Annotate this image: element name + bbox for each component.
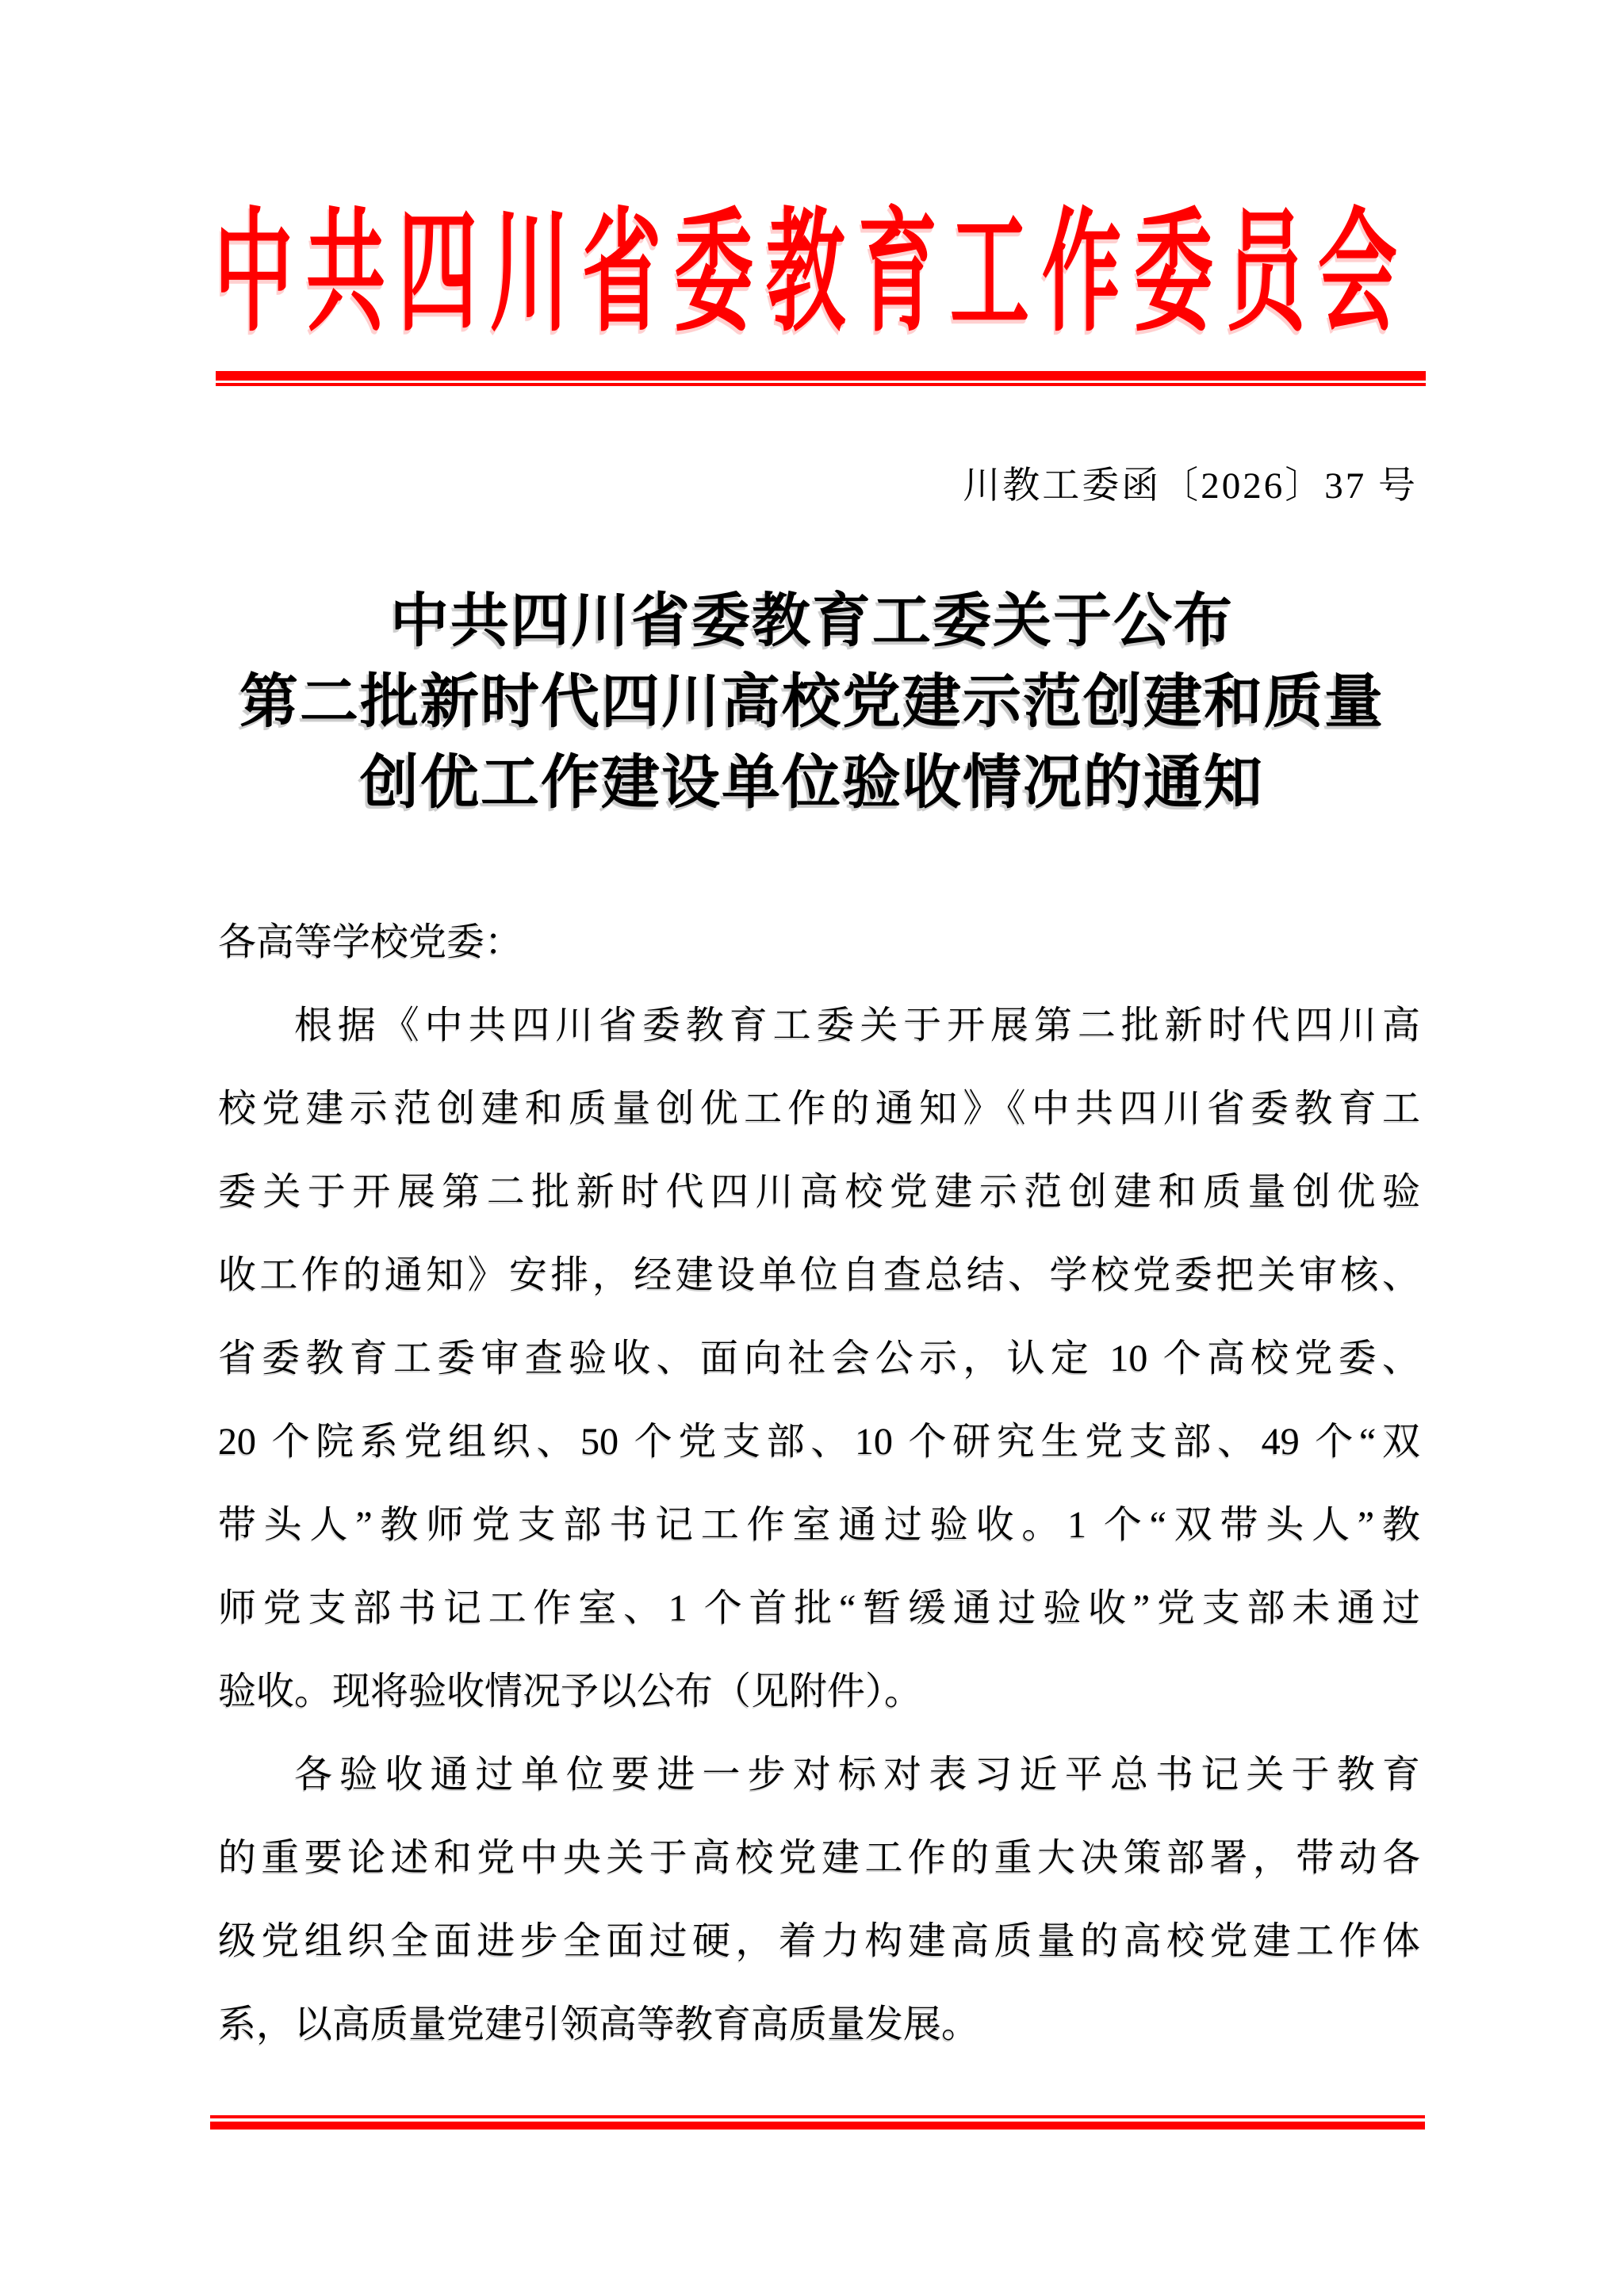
body-line: 委关于开展第二批新时代四川高校党建示范创建和质量创优验 <box>218 1150 1420 1234</box>
footer-rule <box>210 2115 1425 2130</box>
letterhead-rule-thick-line <box>216 371 1426 381</box>
footer-rule-thick-line <box>210 2122 1425 2130</box>
body-line: 带头人”教师党支部书记工作室通过验收。1 个“双带头人”教 <box>218 1483 1420 1567</box>
letterhead-org-title: 中共四川省委教育工作委员会 <box>214 208 1410 341</box>
body-line: 省委教育工委审查验收、面向社会公示，认定 10 个高校党委、 <box>218 1317 1420 1400</box>
body-line: 级党组织全面进步全面过硬，着力构建高质量的高校党建工作体 <box>218 1900 1420 1983</box>
letterhead-rule-thin-line <box>216 383 1426 386</box>
body-line-salutation: 各高等学校党委： <box>218 901 1420 984</box>
body-line: 收工作的通知》安排，经建设单位自查总结、学校党委把关审核、 <box>218 1234 1420 1317</box>
body-line: 验收。现将验收情况予以公布（见附件）。 <box>218 1650 1420 1733</box>
document-title-line-1: 中共四川省委教育工委关于公布 <box>0 581 1624 662</box>
body-line: 20 个院系党组织、50 个党支部、10 个研究生党支部、49 个“双 <box>218 1400 1420 1483</box>
body-line: 校党建示范创建和质量创优工作的通知》《中共四川省委教育工 <box>218 1067 1420 1150</box>
body-line: 根据《中共四川省委教育工委关于开展第二批新时代四川高 <box>218 984 1420 1067</box>
letterhead-rule <box>216 371 1426 386</box>
footer-rule-thin-line <box>210 2115 1425 2118</box>
document-title-line-3: 创优工作建设单位验收情况的通知 <box>0 743 1624 824</box>
document-title-line-2: 第二批新时代四川高校党建示范创建和质量 <box>0 662 1624 743</box>
body-line: 的重要论述和党中央关于高校党建工作的重大决策部署，带动各 <box>218 1816 1420 1900</box>
document-number: 川教工委函〔2026〕37 号 <box>963 456 1418 509</box>
body-line: 各验收通过单位要进一步对标对表习近平总书记关于教育 <box>218 1733 1420 1816</box>
letterhead: 中共四川省委教育工作委员会 <box>0 208 1624 287</box>
document-page: 中共四川省委教育工作委员会 川教工委函〔2026〕37 号 中共四川省委教育工委… <box>0 0 1624 2296</box>
body-line: 师党支部书记工作室、1 个首批“暂缓通过验收”党支部未通过 <box>218 1567 1420 1650</box>
body-line: 系，以高质量党建引领高等教育高质量发展。 <box>218 1983 1420 2066</box>
document-body: 各高等学校党委： 根据《中共四川省委教育工委关于开展第二批新时代四川高 校党建示… <box>218 901 1420 2066</box>
document-title: 中共四川省委教育工委关于公布 第二批新时代四川高校党建示范创建和质量 创优工作建… <box>0 581 1624 824</box>
